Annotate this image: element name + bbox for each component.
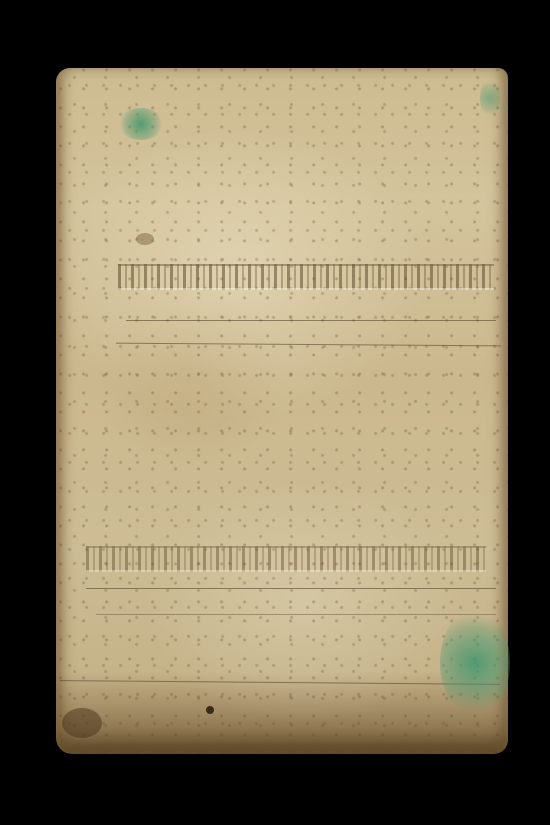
pit-mark xyxy=(62,708,102,738)
pit-mark xyxy=(136,233,154,245)
green-stain xyxy=(480,78,500,118)
pit-mark xyxy=(206,706,214,714)
inscription-upper xyxy=(118,264,494,290)
incised-line xyxy=(86,588,496,589)
inscription-lower xyxy=(86,546,486,572)
green-stain xyxy=(118,108,164,140)
incised-line xyxy=(96,614,496,615)
stone-tablet xyxy=(56,68,508,754)
incised-line xyxy=(126,320,496,321)
green-stain xyxy=(440,608,510,718)
